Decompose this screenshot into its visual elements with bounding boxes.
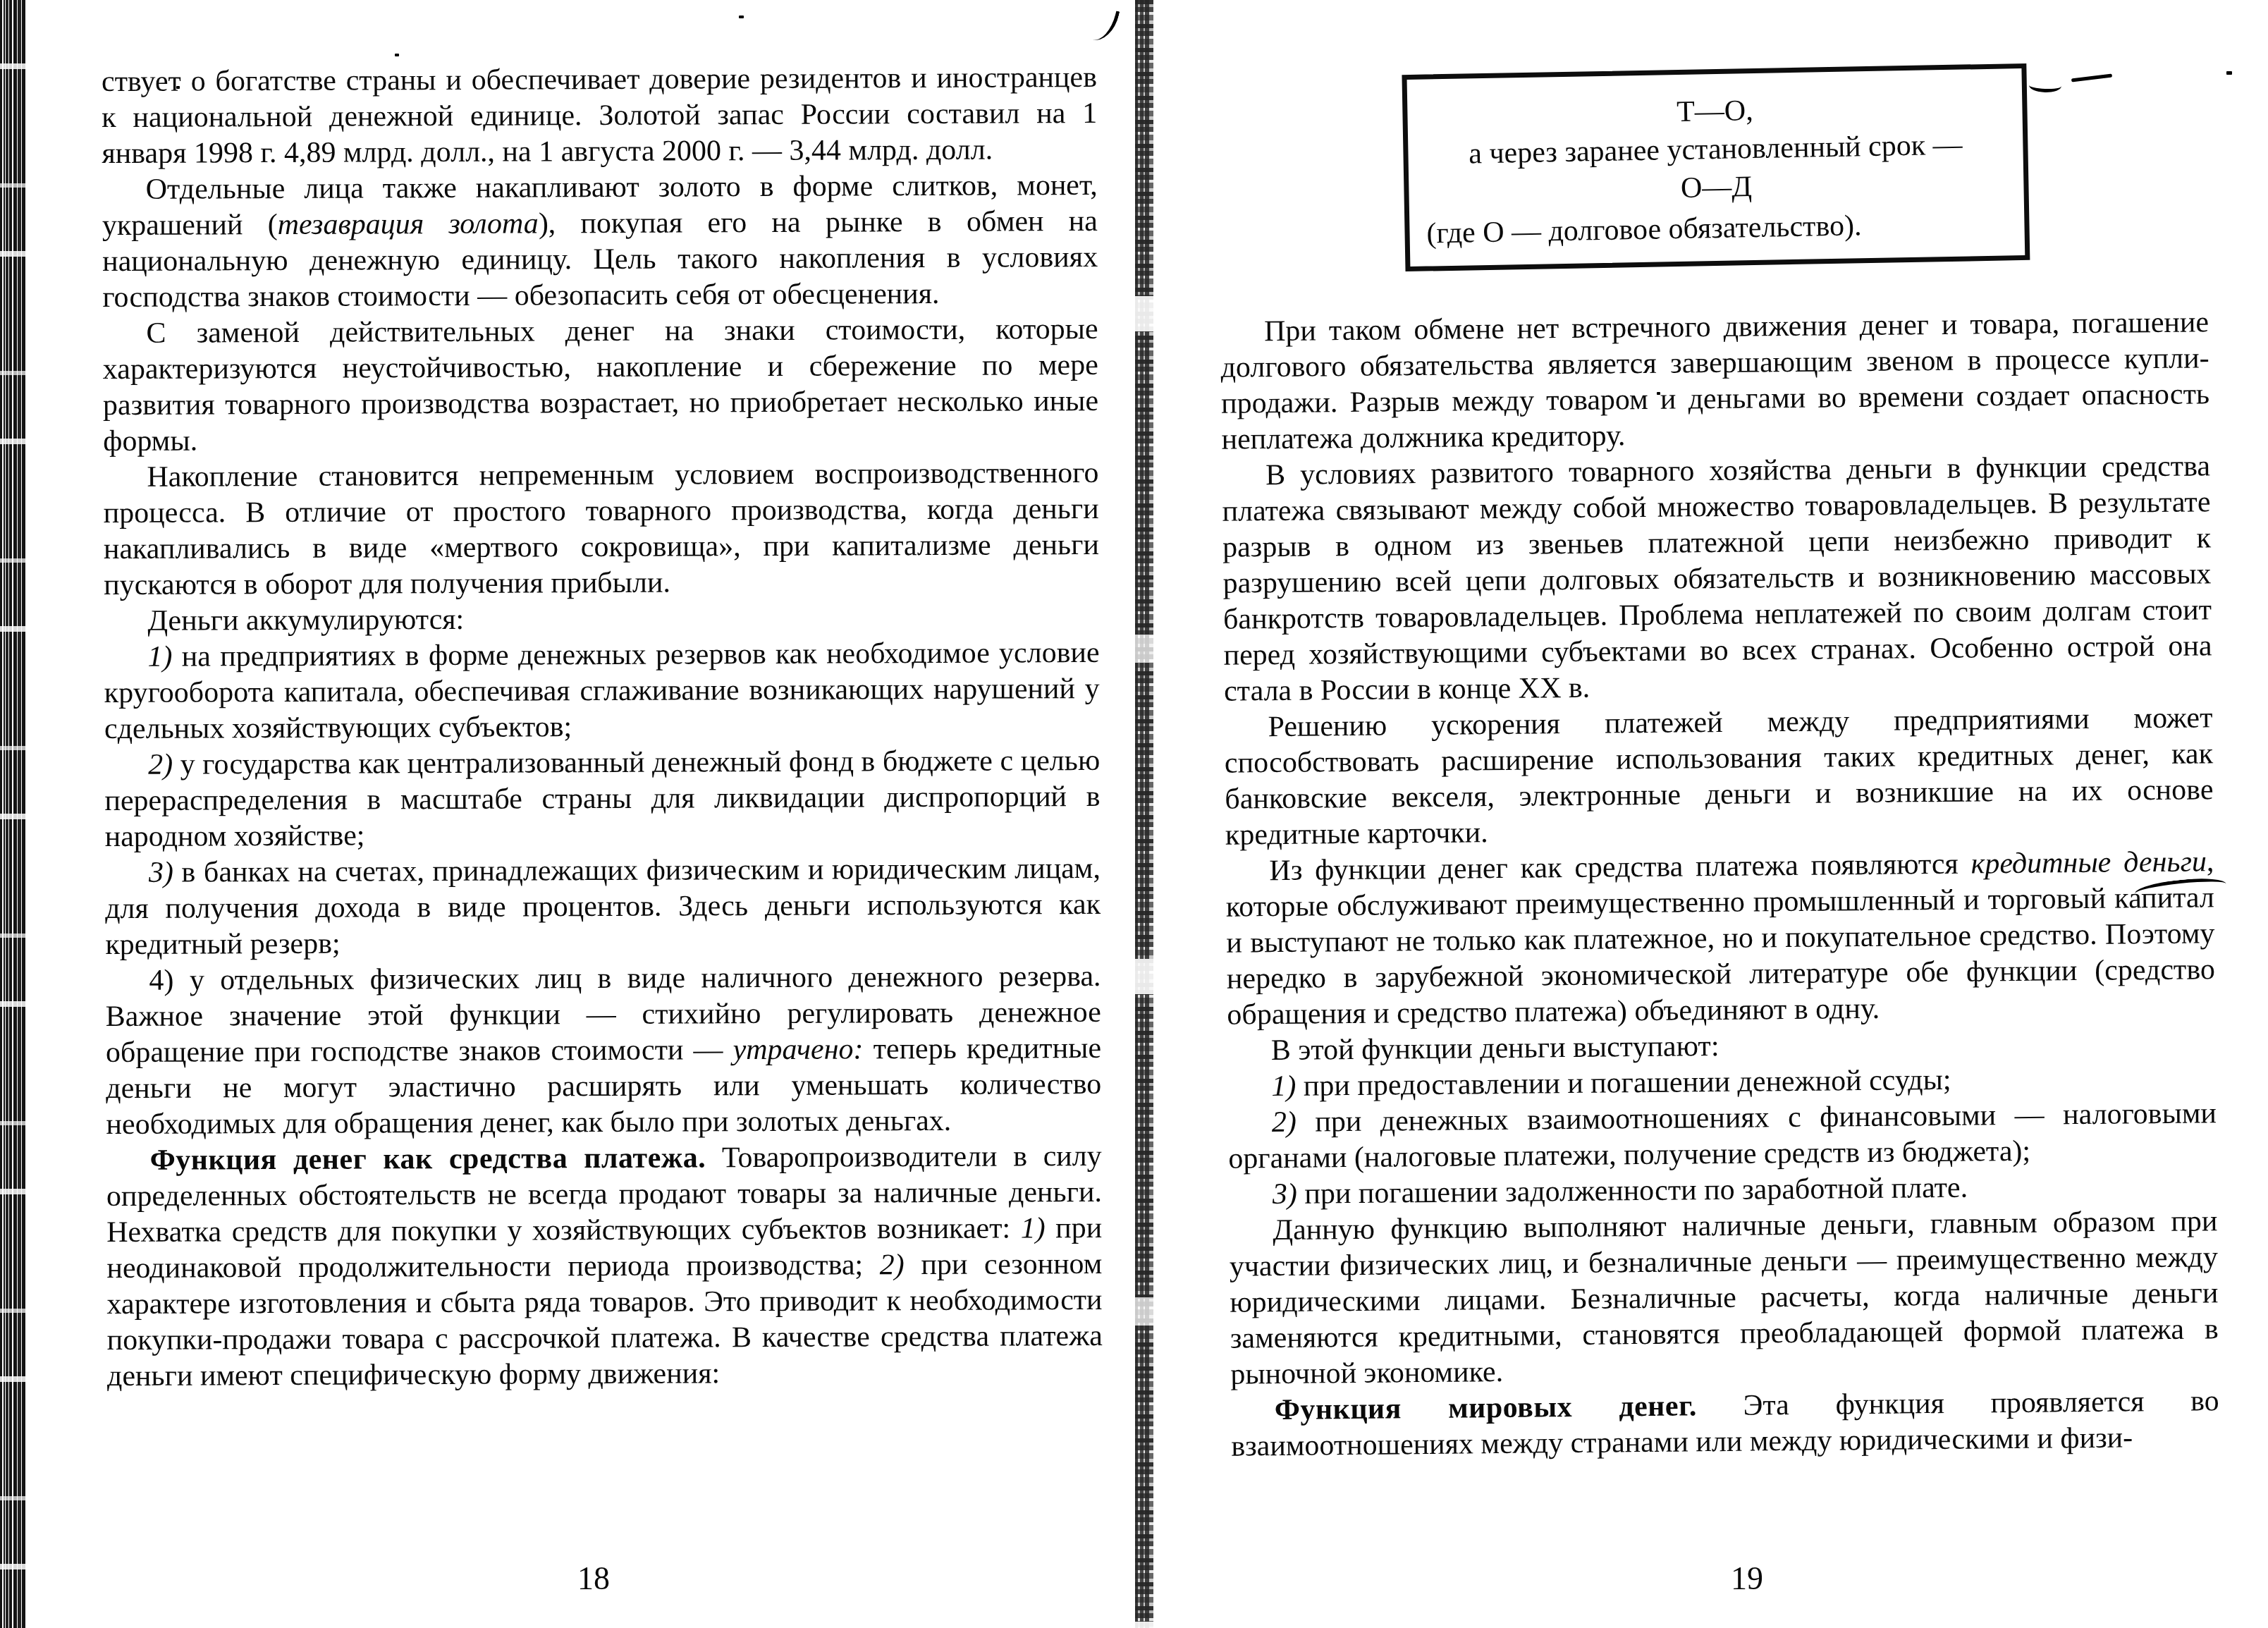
item-number: 1) [1021,1212,1046,1244]
item-number: 2) [1272,1106,1297,1139]
italic-run: тезаврация золота [277,207,538,241]
paragraph: Функция денег как средства платежа. Това… [106,1139,1103,1395]
text-run: при погашении задолженности по заработно… [1297,1172,1968,1211]
formula-note: (где О — долговое обязательство). [1416,205,2018,252]
scan-speck [2226,71,2232,75]
text-run: В этой функции деньги выступают: [1271,1030,1720,1067]
text-run: при денежных взаимоотношениях с финансов… [1228,1097,2217,1175]
paragraph: В условиях развитого товарного хозяйства… [1222,448,2212,709]
scan-gutter-band [1135,0,1153,1628]
scan-curve-mark [1091,6,1120,44]
item-number: 3) [149,857,173,889]
italic-run: кредитные деньги [1970,845,2207,880]
text-run: при предоставлении и погашении денежной … [1296,1064,1951,1103]
list-item: 2) при денежных взаимоотношениях с финан… [1228,1096,2217,1177]
paragraph: Накопление становится непременным услови… [103,455,1099,604]
paragraph: Деньги аккумулируются: [104,599,1099,639]
text-run: Из функции денег как средства платежа по… [1269,848,1971,888]
run-heading: Функция мировых денег. [1275,1390,1698,1426]
scan-speck [739,16,744,18]
scan-spine-band [0,0,31,1628]
formula-box: Т—О, а через заранее установленный срок … [1402,63,2030,271]
book-scan: { "pages": { "left": { "page_number": "1… [0,0,2268,1628]
paragraph: С заменой действительных денег на знаки … [102,312,1098,460]
page-number-right: 19 [1677,1560,1818,1597]
left-page: ствует о богатстве страны и обеспечивает… [102,60,1103,1395]
text-run: в банках на счетах, принадлежащих физиче… [105,852,1101,961]
text-run: С заменой действительных денег на знаки … [103,313,1098,458]
paragraph: Отдельные лица также накапливают золото … [102,168,1098,316]
item-number: 3) [1273,1178,1297,1211]
text-run: Данную функцию выполняют наличные деньги… [1230,1205,2219,1390]
paragraph: Данную функцию выполняют наличные деньги… [1229,1204,2219,1393]
item-number: 1) [147,641,172,673]
scan-speck [395,54,399,56]
italic-run: утрачено: [732,1033,863,1066]
item-number: 2) [148,749,173,781]
text-run: Решению ускорения платежей между предпри… [1225,702,2214,851]
text-run: на предприятиях в форме денежных резерво… [104,637,1100,745]
text-run: Деньги аккумулируются: [147,604,464,637]
item-number: 1) [1271,1070,1296,1103]
item-number: 2) [880,1249,905,1281]
paragraph: Из функции денег как средства платежа по… [1225,844,2215,1033]
paragraph: ствует о богатстве страны и обеспечивает… [102,60,1098,172]
paragraph: При таком обмене нет встречного движения… [1220,305,2210,458]
text-run: Накопление становится непременным услови… [104,457,1099,601]
page-number-left: 18 [523,1560,664,1597]
text-run: ствует о богатстве страны и обеспечивает… [102,61,1097,170]
text-run: у государства как централизованный денеж… [104,745,1100,853]
paragraph: Функция мировых денег. Эта функция прояв… [1231,1383,2220,1464]
run-heading: Функция денег как средства платежа. [150,1142,706,1176]
text-run: В условиях развитого товарного хозяйства… [1222,450,2212,707]
list-item: 1) на предприятиях в форме денежных резе… [104,635,1100,747]
list-item: 2) у государства как централизованный де… [104,743,1101,855]
list-item: 3) в банках на счетах, принадлежащих физ… [105,851,1101,963]
list-item: 4) у отдельных физических лиц в виде нал… [105,959,1101,1143]
paragraph: Решению ускорения платежей между предпри… [1224,700,2214,853]
right-page: Т—О, а через заранее установленный срок … [1218,57,2220,1464]
text-run: При таком обмене нет встречного движения… [1220,306,2209,455]
